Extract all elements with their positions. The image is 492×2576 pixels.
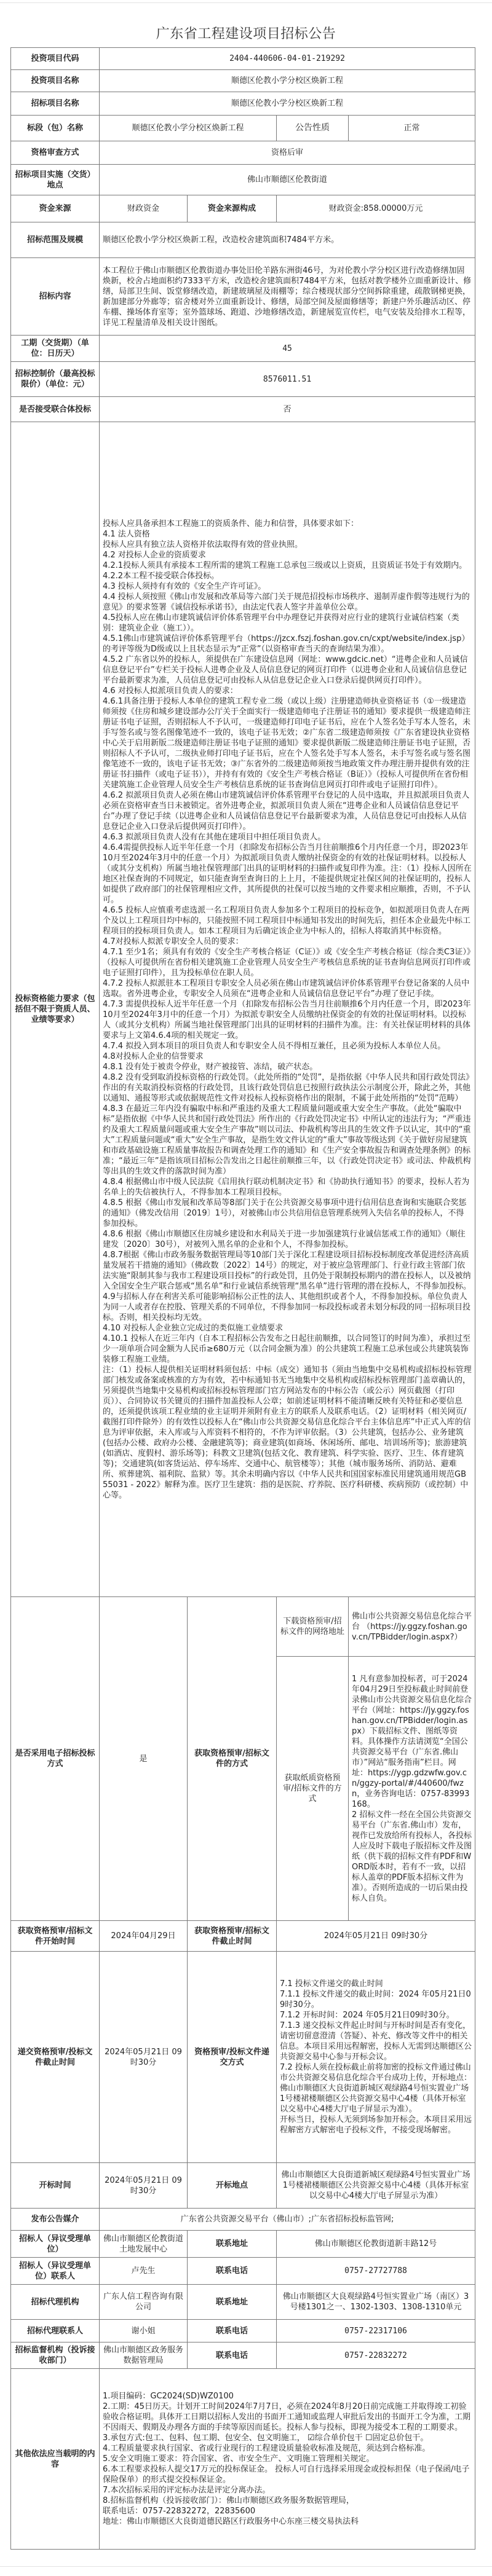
row-agency-contact: 招标代理联系人 谢小姐 联系电话 0757-22317106	[11, 2320, 475, 2342]
value-project-name: 顺德区伦教小学分校区焕新工程	[100, 70, 475, 92]
label-duration: 工期（交货期）（单位：日历天）	[11, 336, 100, 362]
row-other: 其他依法应当载明的内容 1.项目编码：GC2024(SD)WZ0100 2.工期…	[11, 2369, 475, 2550]
row-tenderer: 招标人（异议受理单位） 佛山市顺德区伦教街道土地发展中心 联系地址 佛山市顺德区…	[11, 2231, 475, 2258]
label-content: 招标内容	[11, 258, 100, 336]
label-consortium: 是否接受联合体投标	[11, 397, 100, 422]
value-opening-time: 2024年05月21日 09时30分	[100, 2163, 188, 2209]
value-funding: 财政资金	[100, 195, 188, 222]
row-location: 招标项目实施（交货）地点 佛山市顺德区伦教街道	[11, 165, 475, 195]
value-opening-place: 佛山市顺德区大良街道新城区观绿路4号恒实置业广场1号楼裙楼顺德区公共资源交易中心…	[277, 2163, 475, 2209]
value-doc-start: 2024年04月29日	[100, 1921, 188, 1952]
row-project-name: 投资项目名称 顺德区伦教小学分校区焕新工程	[11, 70, 475, 92]
row-duration: 工期（交货期）（单位：日历天） 45	[11, 336, 475, 362]
label-agency: 招标代理机构	[11, 2285, 100, 2320]
label-doc-start: 获取资格预审/招标文件开始时间	[11, 1921, 100, 1952]
label-opening-place: 开标地点	[188, 2163, 277, 2209]
value-electronic-bidding: 是	[100, 1597, 188, 1921]
value-tenderer-phone: 0757-27727788	[277, 2258, 475, 2285]
label-doc-method: 获取资格预审/招标文件的方式	[188, 1597, 277, 1921]
label-submission-method: 资格预审/投标文件递交方式	[188, 1952, 277, 2163]
label-media: 发布公告媒介	[11, 2209, 100, 2231]
label-notice-nature: 公告性质	[277, 116, 349, 141]
value-agency-phone: 0757-22317106	[277, 2320, 475, 2342]
value-notice-nature: 正常	[349, 116, 475, 141]
row-doc-time: 获取资格预审/招标文件开始时间 2024年04月29日 获取资格预审/招标文件截…	[11, 1921, 475, 1952]
row-opening: 开标时间 2024年05月21日 09时30分 开标地点 佛山市顺德区大良街道新…	[11, 2163, 475, 2209]
label-download-url: 下载资格预审/招标文件的网络地址	[277, 1597, 349, 1657]
row-tenderer-contact: 招标人（异议受理单位）联系人 卢先生 联系电话 0757-27727788	[11, 2258, 475, 2285]
label-funding: 资金来源	[11, 195, 100, 222]
row-project-code: 投资项目代码 2404-440606-04-01-219292	[11, 48, 475, 70]
label-agency-address: 联系地址	[188, 2285, 277, 2320]
top-divider	[0, 2, 492, 3]
value-qualification-requirements: 投标人应具备承担本工程施工的资质条件、能力和信誉，具体要求如下： 4.1 法人资…	[100, 422, 475, 1597]
bottom-divider	[0, 2566, 492, 2567]
label-doc-end: 获取资格预审/招标文件截止时间	[188, 1921, 277, 1952]
row-scope: 招标范围及规模 顺德区伦教小学分校区焕新工程，改造校舍建筑面积7484平方米。	[11, 222, 475, 258]
value-qualification-method: 资格后审	[100, 141, 475, 165]
row-submission: 递交资格预审/投标文件截止时间 2024年05月21日 09时30分 资格预审/…	[11, 1952, 475, 2163]
value-submission-deadline: 2024年05月21日 09时30分	[100, 1952, 188, 2163]
value-supervisor-phone: 0757-22832272	[277, 2342, 475, 2369]
label-control-price: 招标控制价（最高投标限价）（单位：元）	[11, 362, 100, 397]
value-paper-doc-method: 1 凡有意参加投标者，可于2024年04月29日至投标截止时间前登录佛山市公共资…	[349, 1657, 475, 1921]
row-funding: 资金来源 财政资金 资金来源构成 财政资金:858.00000万元	[11, 195, 475, 222]
row-qualification-method: 资格审查方式 资格后审	[11, 141, 475, 165]
label-location: 招标项目实施（交货）地点	[11, 165, 100, 195]
label-tenderer-address: 联系地址	[188, 2231, 277, 2258]
value-tenderer-address: 佛山市顺德区伦教街道新丰路12号	[277, 2231, 475, 2258]
label-tenderer-contact: 招标人（异议受理单位）联系人	[11, 2258, 100, 2285]
value-agency-contact: 谢小姐	[100, 2320, 188, 2342]
value-agency-address: 佛山市顺德区大良观绿路4号恒实置业广场（南区）3号楼1301之一、1302-13…	[277, 2285, 475, 2320]
value-doc-end: 2024年05月21日 09时30分	[277, 1921, 475, 1952]
value-content: 本工程位于佛山市顺德区伦教街道办事处旧伦羊路东洲街46号，为对伦教小学分校区进行…	[100, 258, 475, 336]
announcement-table: 投资项目代码 2404-440606-04-01-219292 投资项目名称 顺…	[10, 47, 475, 2550]
label-submission-deadline: 递交资格预审/投标文件截止时间	[11, 1952, 100, 2163]
row-qualification-requirements: 投标资格能力要求（包括但不限于资质人员、业绩等要求） 投标人应具备承担本工程施工…	[11, 422, 475, 1597]
value-submission-method: 7.1 投标文件递交的截止时间 7.1.1 投标文件递交的截止时间：2024 年…	[277, 1952, 475, 2163]
value-tender-project-name: 顺德区伦教小学分校区焕新工程	[100, 92, 475, 116]
label-tenderer: 招标人（异议受理单位）	[11, 2231, 100, 2258]
label-project-code: 投资项目代码	[11, 48, 100, 70]
label-agency-contact: 招标代理联系人	[11, 2320, 100, 2342]
value-section-name: 顺德区伦教小学分校区焕新工程	[100, 116, 277, 141]
label-qualification-requirements: 投标资格能力要求（包括但不限于资质人员、业绩等要求）	[11, 422, 100, 1597]
value-media: 广东省公共资源交易平台（佛山市）;广东省招标投标监管网;	[100, 2209, 475, 2231]
label-qualification-method: 资格审查方式	[11, 141, 100, 165]
row-agency: 招标代理机构 广东人信工程咨询有限公司 联系地址 佛山市顺德区大良观绿路4号恒实…	[11, 2285, 475, 2320]
value-project-code: 2404-440606-04-01-219292	[100, 48, 475, 70]
value-tenderer-contact: 卢先生	[100, 2258, 188, 2285]
value-other: 1.项目编码：GC2024(SD)WZ0100 2.工期：45日历天。计划开工时…	[100, 2369, 475, 2550]
label-funding-composition: 资金来源构成	[188, 195, 277, 222]
value-scope: 顺德区伦教小学分校区焕新工程，改造校舍建筑面积7484平方米。	[100, 222, 475, 258]
value-funding-composition: 财政资金:858.00000万元	[277, 195, 475, 222]
value-consortium: 否	[100, 397, 475, 422]
label-project-name: 投资项目名称	[11, 70, 100, 92]
value-location: 佛山市顺德区伦教街道	[100, 165, 475, 195]
value-supervisor: 佛山市顺德区政务服务数据管理局	[100, 2342, 188, 2369]
row-content: 招标内容 本工程位于佛山市顺德区伦教街道办事处旧伦羊路东洲街46号，为对伦教小学…	[11, 258, 475, 336]
label-opening-time: 开标时间	[11, 2163, 100, 2209]
label-supervisor-phone: 联系电话	[188, 2342, 277, 2369]
label-tenderer-phone: 联系电话	[188, 2258, 277, 2285]
row-supervisor: 招标监督机构（投诉接收部门） 佛山市顺德区政务服务数据管理局 联系电话 0757…	[11, 2342, 475, 2369]
value-control-price: 8576011.51	[100, 362, 475, 397]
page-title: 广东省工程建设项目招标公告	[0, 23, 492, 42]
label-supervisor: 招标监督机构（投诉接收部门）	[11, 2342, 100, 2369]
value-agency: 广东人信工程咨询有限公司	[100, 2285, 188, 2320]
row-media: 发布公告媒介 广东省公共资源交易平台（佛山市）;广东省招标投标监管网;	[11, 2209, 475, 2231]
label-scope: 招标范围及规模	[11, 222, 100, 258]
label-other: 其他依法应当载明的内容	[11, 2369, 100, 2550]
label-electronic-bidding: 是否采用电子招标投标方式	[11, 1597, 100, 1921]
row-download-url: 是否采用电子招标投标方式 是 获取资格预审/招标文件的方式 下载资格预审/招标文…	[11, 1597, 475, 1657]
label-agency-phone: 联系电话	[188, 2320, 277, 2342]
row-tender-project-name: 招标项目名称 顺德区伦教小学分校区焕新工程	[11, 92, 475, 116]
label-tender-project-name: 招标项目名称	[11, 92, 100, 116]
row-control-price: 招标控制价（最高投标限价）（单位：元） 8576011.51	[11, 362, 475, 397]
label-section-name: 标段（包）名称	[11, 116, 100, 141]
value-download-url[interactable]: 佛山市公共资源交易信息化综合平台 （https://jy.ggzy.foshan…	[349, 1597, 475, 1657]
value-tenderer: 佛山市顺德区伦教街道土地发展中心	[100, 2231, 188, 2258]
row-consortium: 是否接受联合体投标 否	[11, 397, 475, 422]
value-duration: 45	[100, 336, 475, 362]
row-section-name: 标段（包）名称 顺德区伦教小学分校区焕新工程 公告性质 正常	[11, 116, 475, 141]
label-paper-doc-method: 获取纸质资格预审/招标文件的方式	[277, 1657, 349, 1921]
